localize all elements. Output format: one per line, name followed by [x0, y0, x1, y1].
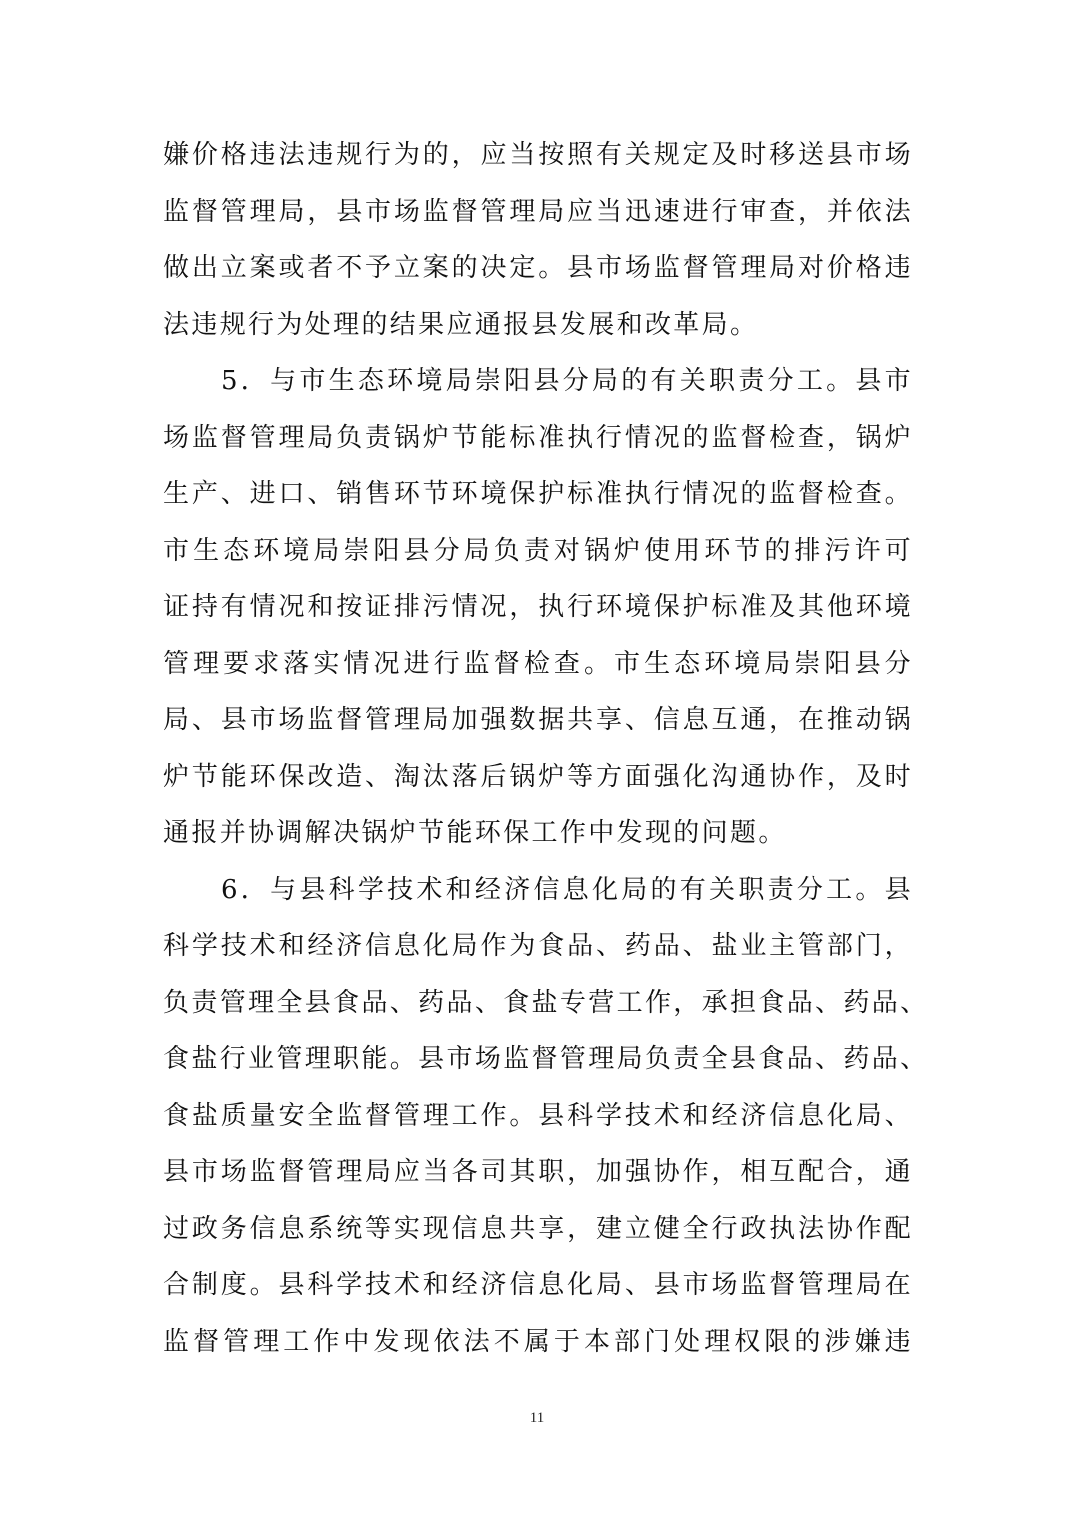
- page-number: 11: [0, 1410, 1074, 1427]
- text-line-10: 管理要求落实情况进行监督检查。市生态环境局崇阳县分: [163, 646, 913, 703]
- section-5-heading-line: 5．与市生态环境局崇阳县分局的有关职责分工。县市: [163, 363, 913, 420]
- text-line-17: 食盐行业管理职能。县市场监督管理局负责全县食品、药品、: [163, 1041, 913, 1098]
- text-line-16: 负责管理全县食品、药品、食盐专营工作，承担食品、药品、: [163, 985, 913, 1042]
- text-line-9: 证持有情况和按证排污情况，执行环境保护标准及其他环境: [163, 589, 913, 646]
- text-line-18: 食盐质量安全监督管理工作。县科学技术和经济信息化局、: [163, 1098, 913, 1155]
- section-6-heading-line: 6．与县科学技术和经济信息化局的有关职责分工。县: [163, 872, 913, 929]
- text-line-3: 做出立案或者不予立案的决定。县市场监督管理局对价格违: [163, 250, 913, 307]
- text-line-7: 生产、进口、销售环节环境保护标准执行情况的监督检查。: [163, 476, 913, 533]
- text-line-13: 通报并协调解决锅炉节能环保工作中发现的问题。: [163, 815, 913, 872]
- text-line-15: 科学技术和经济信息化局作为食品、药品、盐业主管部门，: [163, 928, 913, 985]
- document-page: 嫌价格违法违规行为的，应当按照有关规定及时移送县市场 监督管理局，县市场监督管理…: [0, 0, 1074, 1520]
- body-text: 嫌价格违法违规行为的，应当按照有关规定及时移送县市场 监督管理局，县市场监督管理…: [163, 137, 913, 1380]
- text-line-22: 监督管理工作中发现依法不属于本部门处理权限的涉嫌违: [163, 1324, 913, 1381]
- text-line-2: 监督管理局，县市场监督管理局应当迅速进行审查，并依法: [163, 194, 913, 251]
- text-line-1: 嫌价格违法违规行为的，应当按照有关规定及时移送县市场: [163, 137, 913, 194]
- text-line-11: 局、县市场监督管理局加强数据共享、信息互通，在推动锅: [163, 702, 913, 759]
- text-line-19: 县市场监督管理局应当各司其职，加强协作，相互配合，通: [163, 1154, 913, 1211]
- text-line-21: 合制度。县科学技术和经济信息化局、县市场监督管理局在: [163, 1267, 913, 1324]
- text-line-20: 过政务信息系统等实现信息共享，建立健全行政执法协作配: [163, 1211, 913, 1268]
- text-line-6: 场监督管理局负责锅炉节能标准执行情况的监督检查，锅炉: [163, 420, 913, 477]
- text-line-4: 法违规行为处理的结果应通报县发展和改革局。: [163, 307, 913, 364]
- text-line-12: 炉节能环保改造、淘汰落后锅炉等方面强化沟通协作，及时: [163, 759, 913, 816]
- text-line-8: 市生态环境局崇阳县分局负责对锅炉使用环节的排污许可: [163, 533, 913, 590]
